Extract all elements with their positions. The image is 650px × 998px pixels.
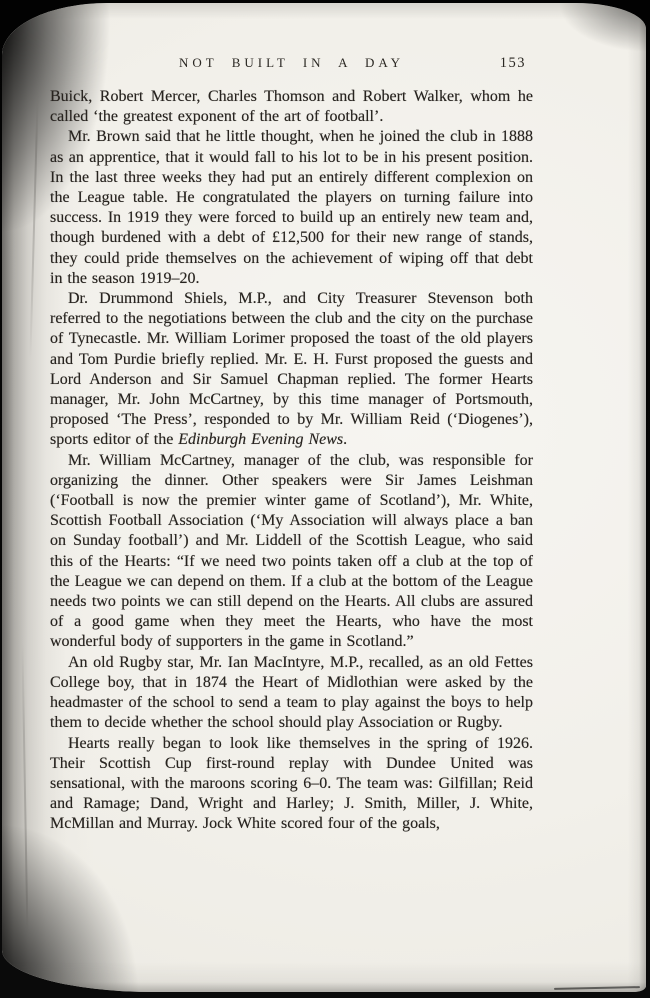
- running-header-row: NOT BUILT IN A DAY 153: [50, 55, 533, 73]
- book-page: NOT BUILT IN A DAY 153 Buick, Robert Mer…: [2, 3, 646, 992]
- page-crease-top: [29, 95, 38, 360]
- book-scan-background: NOT BUILT IN A DAY 153 Buick, Robert Mer…: [0, 0, 650, 998]
- paragraph-4-dinner-speakers: Mr. William McCartney, manager of the cl…: [50, 451, 533, 653]
- page-crease-bottom: [21, 643, 28, 943]
- paragraph-3-toasts: Dr. Drummond Shiels, M.P., and City Trea…: [50, 289, 533, 451]
- running-header-title: NOT BUILT IN A DAY: [50, 55, 533, 71]
- page-bottom-edge-line: [554, 986, 640, 990]
- page-number: 153: [500, 55, 526, 72]
- paragraph-1-continuation: Buick, Robert Mercer, Charles Thomson an…: [50, 87, 533, 127]
- paragraph-6-scottish-cup-1926: Hearts really began to look like themsel…: [50, 734, 533, 835]
- paragraph-3-text-before-italic: Dr. Drummond Shiels, M.P., and City Trea…: [50, 290, 533, 448]
- text-block: Buick, Robert Mercer, Charles Thomson an…: [50, 87, 533, 835]
- paragraph-5-fettes-college: An old Rugby star, Mr. Ian MacIntyre, M.…: [50, 653, 533, 734]
- italic-publication-name: Edinburgh Evening News: [178, 431, 343, 448]
- paragraph-3-text-after-italic: .: [343, 431, 347, 448]
- paragraph-2-mr-brown-speech: Mr. Brown said that he little thought, w…: [50, 127, 533, 289]
